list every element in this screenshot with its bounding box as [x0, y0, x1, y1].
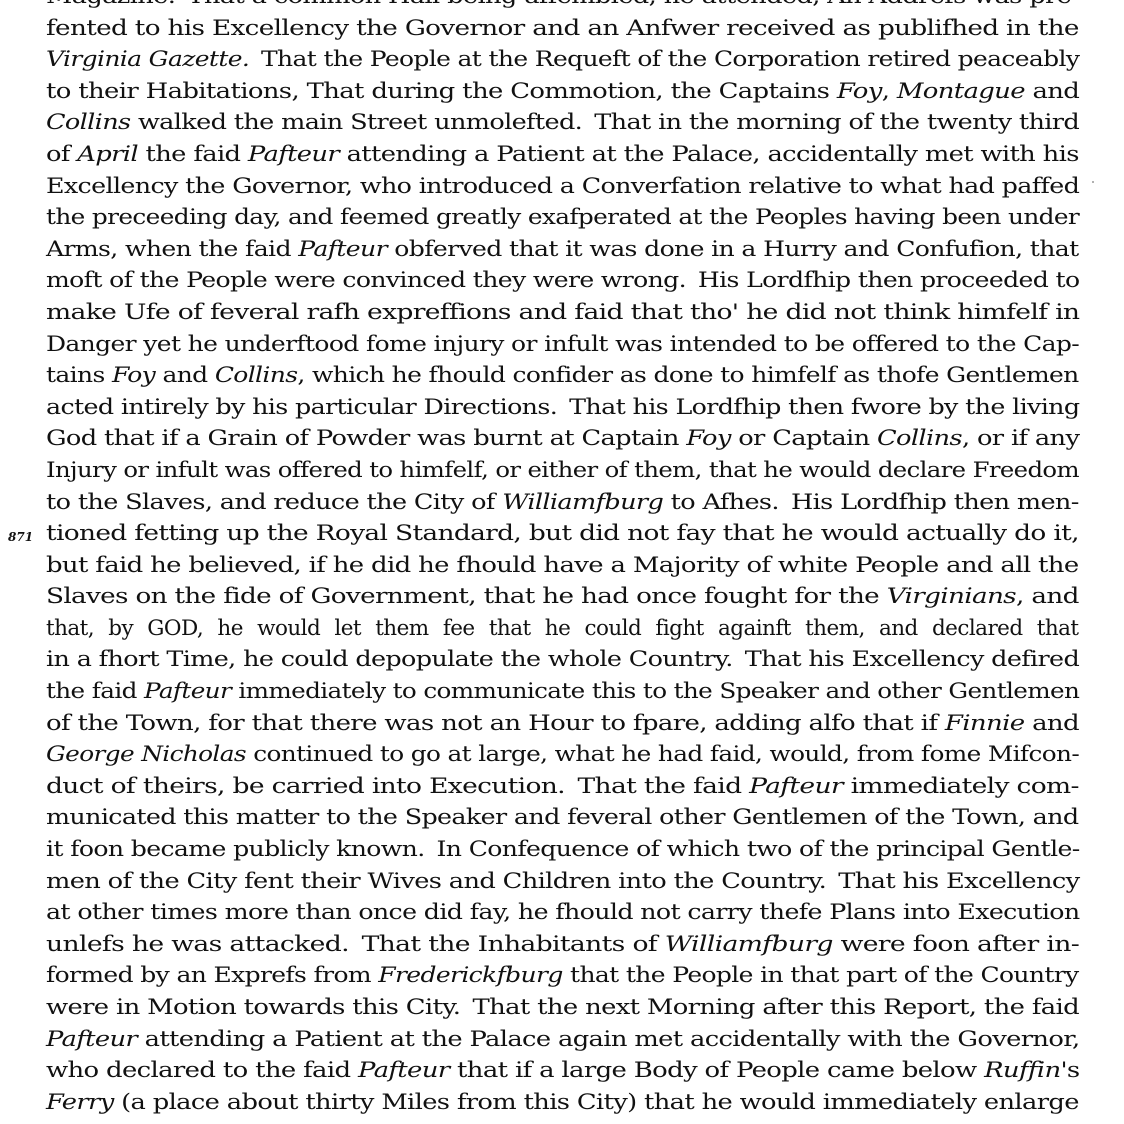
- italic-text: April: [77, 142, 138, 167]
- text-span: (a place about thirty Miles from this Ci…: [114, 1090, 1079, 1115]
- text-span: or Captain: [731, 426, 877, 451]
- italic-text: Finnie: [945, 711, 1025, 736]
- italic-text: Ruffin: [984, 1058, 1060, 1083]
- italic-text: Frederickfburg: [378, 963, 562, 988]
- text-span: but faid he believed, if he did he fhoul…: [46, 553, 1078, 578]
- text-span: in a fhort Time, he could depopulate the…: [46, 647, 1079, 672]
- text-line: Ferry (a place about thirty Miles from t…: [46, 1087, 1124, 1119]
- text-line: duct of theirs, be carried into Executio…: [46, 771, 1124, 803]
- text-span: to Afhes. His Lordfhip then men-: [663, 490, 1079, 515]
- text-span: the preceeding day, and feemed greatly e…: [46, 205, 1079, 230]
- text-span: attending a Patient at the Palace again …: [137, 1027, 1079, 1052]
- text-span: 's: [1060, 1058, 1079, 1083]
- text-line: the faid Pafteur immediately to communic…: [46, 676, 1124, 708]
- text-span: acted intirely by his particular Directi…: [46, 395, 1079, 420]
- italic-text: Collins: [46, 110, 130, 135]
- italic-text: Pafteur: [749, 774, 843, 799]
- text-line: acted intirely by his particular Directi…: [46, 392, 1124, 424]
- text-line: Magazine. That a common Hall being affem…: [46, 0, 1124, 13]
- text-line: of April the faid Pafteur attending a Pa…: [46, 139, 1124, 171]
- text-span: and: [155, 363, 215, 388]
- text-line: Danger yet he underftood fome injury or …: [46, 329, 1124, 361]
- text-span: and: [1024, 711, 1079, 736]
- text-span: Injury or infult was offered to himfelf,…: [46, 458, 1079, 483]
- text-span: to the Slaves, and reduce the City of: [46, 490, 502, 515]
- scanned-document-page: 871 Magazine. That a common Hall being a…: [0, 0, 1124, 1124]
- italic-text: Montague: [897, 79, 1025, 104]
- italic-text: Williamfburg: [502, 490, 663, 515]
- text-span: obferved that it was done in a Hurry and…: [387, 237, 1079, 262]
- text-line: to their Habitations, That during the Co…: [46, 76, 1124, 108]
- italic-text: Foy: [112, 363, 155, 388]
- text-span: that the People in that part of the Coun…: [563, 963, 1079, 988]
- italic-text: Collins: [877, 426, 962, 451]
- text-line: George Nicholas continued to go at large…: [46, 739, 1124, 771]
- text-span: attending a Patient at the Palace, accid…: [339, 142, 1079, 167]
- text-line: municated this matter to the Speaker and…: [46, 802, 1124, 834]
- text-line: were in Motion towards this City. That t…: [46, 992, 1124, 1024]
- italic-text: Foy: [837, 79, 882, 104]
- text-line: moft of the People were convinced they w…: [46, 265, 1124, 297]
- text-line: of the Town, for that there was not an H…: [46, 708, 1124, 740]
- text-span: municated this matter to the Speaker and…: [46, 805, 1078, 830]
- text-line: to the Slaves, and reduce the City of Wi…: [46, 487, 1124, 519]
- italic-text: Foy: [686, 426, 730, 451]
- italic-text: Pafteur: [358, 1058, 450, 1083]
- italic-text: Pafteur: [298, 237, 387, 262]
- text-span: fented to his Excellency the Governor an…: [46, 16, 1079, 41]
- text-span: unlefs he was attacked. That the Inhabit…: [46, 932, 665, 957]
- body-text: Magazine. That a common Hall being affem…: [46, 0, 1079, 1118]
- text-line: men of the City fent their Wives and Chi…: [46, 866, 1124, 898]
- text-span: immediately com-: [843, 774, 1079, 799]
- text-line: in a fhort Time, he could depopulate the…: [46, 644, 1124, 676]
- text-line: who declared to the faid Pafteur that if…: [46, 1055, 1124, 1087]
- text-line: fented to his Excellency the Governor an…: [46, 13, 1124, 45]
- text-span: immediately to communicate this to the S…: [231, 679, 1079, 704]
- text-span: that, by GOD, he would let them fee that…: [46, 616, 1079, 641]
- text-span: Slaves on the fide of Government, that h…: [46, 584, 887, 609]
- text-line: Slaves on the fide of Government, that h…: [46, 581, 1124, 613]
- text-span: the faid: [46, 679, 144, 704]
- text-line: Injury or infult was offered to himfelf,…: [46, 455, 1124, 487]
- text-span: of: [46, 142, 77, 167]
- text-line: Pafteur attending a Patient at the Palac…: [46, 1024, 1124, 1056]
- italic-text: Pafteur: [248, 142, 339, 167]
- text-line: make Ufe of feveral rafh expreffions and…: [46, 297, 1124, 329]
- text-line: tioned fetting up the Royal Standard, bu…: [46, 518, 1124, 550]
- italic-text: Pafteur: [46, 1027, 137, 1052]
- text-span: duct of theirs, be carried into Executio…: [46, 774, 749, 799]
- text-span: tioned fetting up the Royal Standard, bu…: [46, 521, 1079, 546]
- italic-text: Collins: [215, 363, 298, 388]
- text-span: were in Motion towards this City. That t…: [46, 995, 1079, 1020]
- text-line: Virginia Gazette. That the People at the…: [46, 44, 1124, 76]
- text-line: the preceeding day, and feemed greatly e…: [46, 202, 1124, 234]
- text-span: ,: [882, 79, 897, 104]
- text-span: , which he fhould confider as done to hi…: [297, 363, 1078, 388]
- text-line: at other times more than once did fay, h…: [46, 897, 1124, 929]
- italic-text: Virginians: [887, 584, 1016, 609]
- text-span: men of the City fent their Wives and Chi…: [46, 869, 1079, 894]
- text-span: of the Town, for that there was not an H…: [46, 711, 945, 736]
- text-line: God that if a Grain of Powder was burnt …: [46, 423, 1124, 455]
- italic-text: Pafteur: [144, 679, 231, 704]
- text-span: Magazine. That a common Hall being affem…: [46, 0, 1079, 9]
- italic-text: George Nicholas: [46, 742, 246, 767]
- text-span: the faid: [138, 142, 248, 167]
- text-span: Excellency the Governor, who introduced …: [46, 174, 1079, 199]
- margin-page-number: 871: [8, 529, 33, 545]
- text-span: Danger yet he underftood fome injury or …: [46, 332, 1079, 357]
- text-span: make Ufe of feveral rafh expreffions and…: [46, 300, 1079, 325]
- text-span: and: [1025, 79, 1079, 104]
- text-span: tains: [46, 363, 112, 388]
- italic-text: Ferry: [46, 1090, 114, 1115]
- text-span: walked the main Street unmolefted. That …: [130, 110, 1079, 135]
- text-span: Arms, when the faid: [46, 237, 298, 262]
- text-span: it foon became publicly known. In Confeq…: [46, 837, 1080, 862]
- text-line: tains Foy and Collins, which he fhould c…: [46, 360, 1124, 392]
- text-span: that if a large Body of People came belo…: [449, 1058, 984, 1083]
- text-span: moft of the People were convinced they w…: [46, 268, 1080, 293]
- text-span: who declared to the faid: [46, 1058, 358, 1083]
- text-span: were foon after in-: [833, 932, 1079, 957]
- text-line: Arms, when the faid Pafteur obferved tha…: [46, 234, 1124, 266]
- text-span: to their Habitations, That during the Co…: [46, 79, 837, 104]
- text-span: , and: [1016, 584, 1079, 609]
- text-line: Excellency the Governor, who introduced …: [46, 171, 1124, 203]
- text-span: continued to go at large, what he had fa…: [246, 742, 1079, 767]
- text-line: formed by an Exprefs from Frederickfburg…: [46, 960, 1124, 992]
- italic-text: Williamfburg: [665, 932, 833, 957]
- text-span: at other times more than once did fay, h…: [46, 900, 1080, 925]
- italic-text: Virginia Gazette.: [46, 47, 249, 72]
- text-span: formed by an Exprefs from: [46, 963, 378, 988]
- text-line: it foon became publicly known. In Confeq…: [46, 834, 1124, 866]
- text-span: That the People at the Requeft of the Co…: [249, 47, 1079, 72]
- text-line: that, by GOD, he would let them fee that…: [46, 613, 1079, 645]
- text-line: but faid he believed, if he did he fhoul…: [46, 550, 1124, 582]
- text-line: unlefs he was attacked. That the Inhabit…: [46, 929, 1124, 961]
- text-span: , or if any: [962, 426, 1079, 451]
- text-line: Collins walked the main Street unmolefte…: [46, 107, 1124, 139]
- text-span: God that if a Grain of Powder was burnt …: [46, 426, 686, 451]
